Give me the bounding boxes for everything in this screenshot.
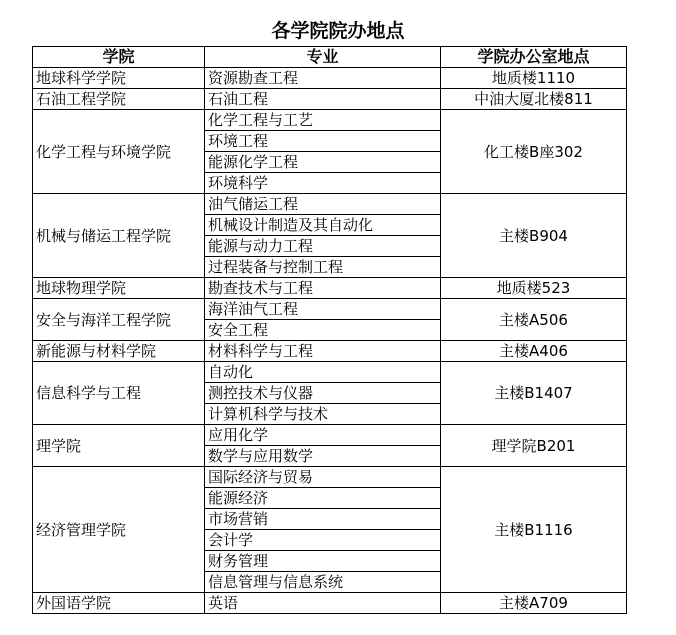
- major-cell: 石油工程: [205, 89, 441, 110]
- major-cell: 过程装备与控制工程: [205, 257, 441, 278]
- office-location-cell: 主楼B1407: [441, 362, 627, 425]
- college-name-cell: 信息科学与工程: [33, 362, 205, 425]
- major-cell: 市场营销: [205, 509, 441, 530]
- table-row: 新能源与材料学院材料科学与工程主楼A406: [33, 341, 627, 362]
- major-cell: 信息管理与信息系统: [205, 572, 441, 593]
- table-row: 化学工程与环境学院化学工程与工艺化工楼B座302: [33, 110, 627, 131]
- college-name-cell: 石油工程学院: [33, 89, 205, 110]
- major-cell: 国际经济与贸易: [205, 467, 441, 488]
- office-location-cell: 理学院B201: [441, 425, 627, 467]
- major-cell: 资源勘查工程: [205, 68, 441, 89]
- college-name-cell: 理学院: [33, 425, 205, 467]
- major-cell: 能源经济: [205, 488, 441, 509]
- major-cell: 英语: [205, 593, 441, 614]
- college-name-cell: 机械与储运工程学院: [33, 194, 205, 278]
- major-cell: 会计学: [205, 530, 441, 551]
- college-name-cell: 地球科学学院: [33, 68, 205, 89]
- office-location-cell: 化工楼B座302: [441, 110, 627, 194]
- college-name-cell: 安全与海洋工程学院: [33, 299, 205, 341]
- office-location-cell: 主楼A506: [441, 299, 627, 341]
- table-row: 经济管理学院国际经济与贸易主楼B1116: [33, 467, 627, 488]
- major-cell: 能源化学工程: [205, 152, 441, 173]
- office-location-cell: 主楼A709: [441, 593, 627, 614]
- major-cell: 环境科学: [205, 173, 441, 194]
- table-row: 地球物理学院勘查技术与工程地质楼523: [33, 278, 627, 299]
- header-college: 学院: [33, 47, 205, 68]
- major-cell: 应用化学: [205, 425, 441, 446]
- major-cell: 财务管理: [205, 551, 441, 572]
- major-cell: 安全工程: [205, 320, 441, 341]
- major-cell: 机械设计制造及其自动化: [205, 215, 441, 236]
- table-row: 石油工程学院石油工程中油大厦北楼811: [33, 89, 627, 110]
- table-row: 外国语学院英语主楼A709: [33, 593, 627, 614]
- college-name-cell: 外国语学院: [33, 593, 205, 614]
- office-location-cell: 主楼B1116: [441, 467, 627, 593]
- header-major: 专业: [205, 47, 441, 68]
- table-row: 地球科学学院资源勘查工程地质楼1110: [33, 68, 627, 89]
- major-cell: 数学与应用数学: [205, 446, 441, 467]
- college-name-cell: 化学工程与环境学院: [33, 110, 205, 194]
- major-cell: 自动化: [205, 362, 441, 383]
- table-row: 理学院应用化学理学院B201: [33, 425, 627, 446]
- office-location-cell: 地质楼523: [441, 278, 627, 299]
- major-cell: 计算机科学与技术: [205, 404, 441, 425]
- office-location-cell: 主楼B904: [441, 194, 627, 278]
- page-title: 各学院院办地点: [0, 18, 676, 44]
- table-row: 安全与海洋工程学院海洋油气工程主楼A506: [33, 299, 627, 320]
- major-cell: 勘查技术与工程: [205, 278, 441, 299]
- table-body: 地球科学学院资源勘查工程地质楼1110石油工程学院石油工程中油大厦北楼811化学…: [33, 68, 627, 614]
- major-cell: 油气储运工程: [205, 194, 441, 215]
- table-row: 机械与储运工程学院油气储运工程主楼B904: [33, 194, 627, 215]
- office-location-cell: 中油大厦北楼811: [441, 89, 627, 110]
- college-name-cell: 地球物理学院: [33, 278, 205, 299]
- major-cell: 材料科学与工程: [205, 341, 441, 362]
- college-office-table: 学院 专业 学院办公室地点 地球科学学院资源勘查工程地质楼1110石油工程学院石…: [32, 46, 627, 614]
- major-cell: 海洋油气工程: [205, 299, 441, 320]
- major-cell: 环境工程: [205, 131, 441, 152]
- college-name-cell: 经济管理学院: [33, 467, 205, 593]
- major-cell: 测控技术与仪器: [205, 383, 441, 404]
- office-location-cell: 主楼A406: [441, 341, 627, 362]
- office-location-cell: 地质楼1110: [441, 68, 627, 89]
- major-cell: 化学工程与工艺: [205, 110, 441, 131]
- header-row: 学院 专业 学院办公室地点: [33, 47, 627, 68]
- header-office: 学院办公室地点: [441, 47, 627, 68]
- table-row: 信息科学与工程自动化主楼B1407: [33, 362, 627, 383]
- major-cell: 能源与动力工程: [205, 236, 441, 257]
- college-name-cell: 新能源与材料学院: [33, 341, 205, 362]
